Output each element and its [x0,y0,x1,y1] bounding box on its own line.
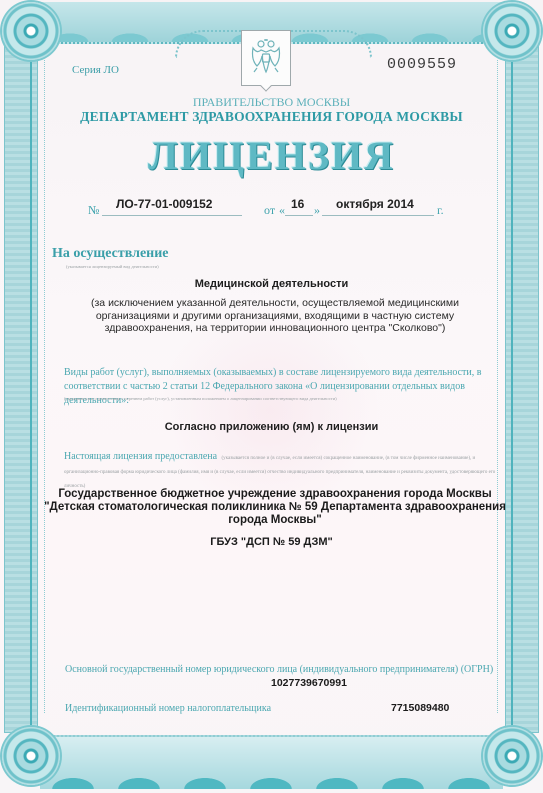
activity-label: На осуществление [52,246,169,262]
rosette-corner-icon [2,727,60,785]
license-number: ЛО-77-01-009152 [116,197,212,211]
quote-close: » [314,203,320,218]
activity-note: (за исключением указанной деятельности, … [55,297,495,335]
inn-value: 7715089480 [391,702,449,714]
serial-number: 0009559 [387,56,457,73]
series-label: Серия ЛО [72,64,119,76]
number-sign: № [88,203,99,218]
rosette-corner-icon [483,727,541,785]
date-day: 16 [291,197,304,211]
ogrn-label: Основной государственный номер юридическ… [65,664,493,675]
day-underline [285,215,313,216]
works-label: Виды работ (услуг), выполняемых (оказыва… [64,366,494,408]
activity-value: Медицинской деятельности [0,278,543,290]
rosette-corner-icon [2,2,60,60]
activity-hint: (указывается лицензируемый вид деятельно… [66,264,159,269]
ogrn-value: 1027739670991 [271,677,347,689]
works-value: Согласно приложению (ям) к лицензии [0,421,543,433]
license-number-row: № ЛО-77-01-009152 от « 16 » октября 2014… [88,195,458,219]
organization-full-name: Государственное бюджетное учреждение здр… [40,488,510,527]
inn-label: Идентификационный номер налогоплательщик… [65,703,271,714]
license-certificate: Серия ЛО 0009559 ПРАВИТЕЛЬСТВО МОСКВЫ ДЕ… [0,0,543,793]
granted-label: Настоящая лицензия предоставлена [64,451,217,462]
rosette-corner-icon [483,2,541,60]
document-title: ЛИЦЕНЗИЯ [0,132,543,179]
issuer-government: ПРАВИТЕЛЬСТВО МОСКВЫ [0,95,543,110]
organization-short-name: ГБУЗ "ДСП № 59 ДЗМ" [0,536,543,548]
date-suffix: г. [437,203,444,218]
issuer-department: ДЕПАРТАМЕНТ ЗДРАВООХРАНЕНИЯ ГОРОДА МОСКВ… [0,109,543,125]
date-prefix: от [264,203,275,218]
works-hint: (указываются в соответствии с перечнем р… [64,396,494,401]
number-underline [102,215,242,216]
month-underline [322,215,434,216]
coat-of-arms-icon [241,30,291,86]
bottom-ornamental-border [40,735,503,789]
date-month-year: октября 2014 [336,197,414,211]
granted-block: Настоящая лицензия предоставлена (указыв… [64,450,504,492]
